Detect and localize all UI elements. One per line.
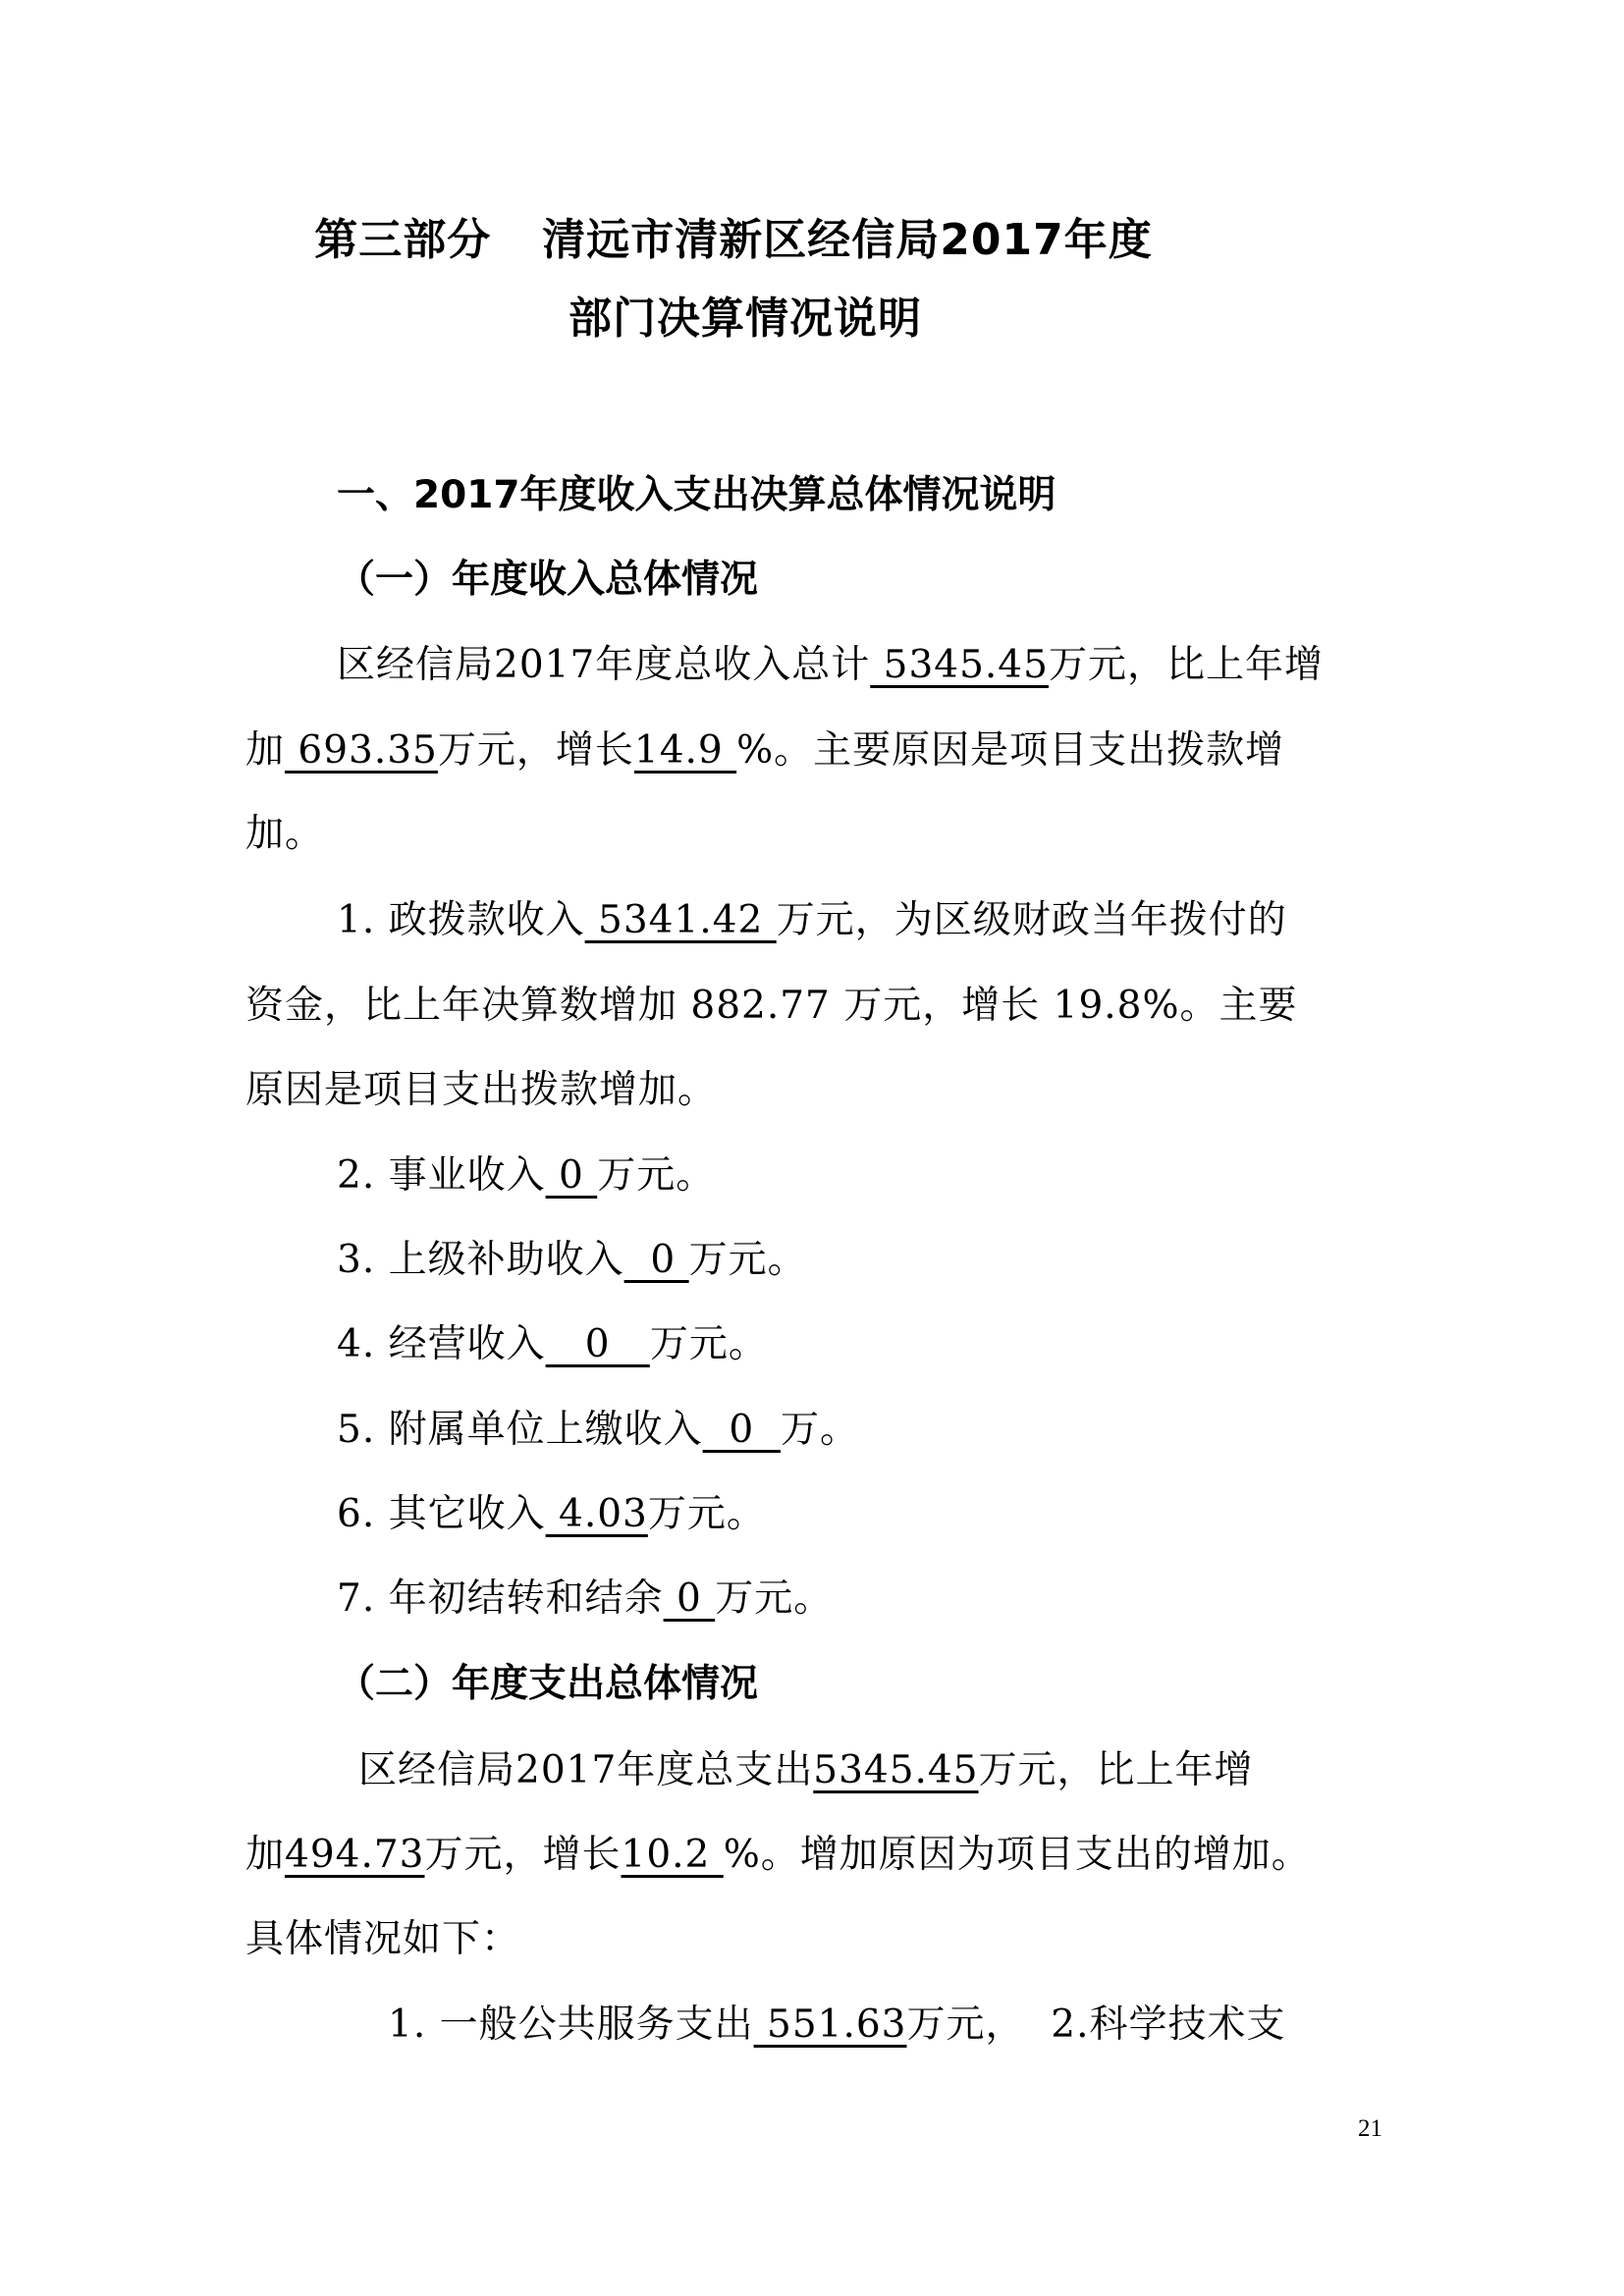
document-title-line-1: 第三部分清远市清新区经信局2017年度: [0, 211, 1545, 270]
income-item-4: 4. 经营收入 0 万元。: [337, 1317, 768, 1372]
income-item-label: 1. 政拨款收入: [337, 898, 585, 942]
income-item-label: 4. 经营收入: [337, 1322, 546, 1366]
income-summary-line2-prefix: 加: [245, 728, 285, 773]
income-item-label: 6. 其它收入: [337, 1492, 546, 1536]
income-item-1-line-1: 1. 政拨款收入 5341.42 万元，为区级财政当年拨付的: [337, 893, 1287, 948]
income-summary-line-3: 加。: [245, 807, 324, 862]
section-heading-1: 一、2017年度收入支出决算总体情况说明: [337, 468, 1056, 523]
expense-increase-value: 494.73: [285, 1833, 424, 1877]
income-item-value: 5341.42: [585, 898, 777, 942]
title-part-label: 第三部分: [314, 215, 491, 265]
expense-summary-suffix: %。增加原因为项目支出的增加。: [724, 1833, 1311, 1877]
income-growth-value: 14.9: [634, 728, 736, 773]
title-org-year: 清远市清新区经信局2017年度: [542, 215, 1152, 265]
expense-item-label: 1. 一般公共服务支出: [388, 2002, 754, 2047]
income-item-suffix: 万元。: [597, 1153, 715, 1198]
expense-items-line: 1. 一般公共服务支出 551.63万元， 2.科学技术支: [388, 1998, 1285, 2053]
expense-summary-mid: 万元，比上年增: [979, 1748, 1254, 1792]
income-item-suffix: 万。: [781, 1408, 859, 1452]
income-item-value: 0: [703, 1408, 781, 1452]
income-item-7: 7. 年初结转和结余 0 万元。: [337, 1572, 833, 1627]
document-title-line-2: 部门决算情况说明: [0, 290, 1557, 348]
income-item-suffix: 万元。: [715, 1576, 833, 1621]
expense-summary-line2-prefix: 加: [245, 1833, 285, 1877]
page-number: 21: [1358, 2115, 1382, 2143]
income-item-1-line-3: 原因是项目支出拨款增加。: [245, 1063, 717, 1118]
income-item-3: 3. 上级补助收入 0 万元。: [337, 1233, 807, 1288]
expense-total-value: 5345.45: [813, 1748, 978, 1792]
income-item-label: 7. 年初结转和结余: [337, 1576, 664, 1621]
income-summary-prefix: 区经信局2017年度总收入总计: [337, 643, 870, 687]
expense-summary-mid2: 万元，增长: [424, 1833, 621, 1877]
income-increase-value: 693.35: [285, 728, 438, 773]
income-item-value: 4.03: [546, 1492, 648, 1536]
income-item-suffix: 万元。: [650, 1322, 768, 1366]
expense-growth-value: 10.2: [622, 1833, 724, 1877]
income-summary-suffix: %。主要原因是项目支出拨款增: [736, 728, 1284, 773]
expense-summary-prefix: 区经信局2017年度总支出: [358, 1748, 813, 1792]
income-summary-line-2: 加 693.35万元，增长14.9 %。主要原因是项目支出拨款增: [245, 723, 1284, 778]
income-summary-line-1: 区经信局2017年度总收入总计 5345.45万元，比上年增: [337, 638, 1324, 693]
income-item-value: 0: [664, 1576, 716, 1621]
income-item-value: 0: [546, 1322, 650, 1366]
expense-summary-line-3: 具体情况如下：: [245, 1912, 520, 1967]
subsection-heading-expense: （二）年度支出总体情况: [337, 1657, 758, 1712]
income-summary-mid: 万元，比上年增: [1049, 643, 1324, 687]
expense-summary-line-1: 区经信局2017年度总支出5345.45万元，比上年增: [358, 1743, 1254, 1798]
income-item-label: 2. 事业收入: [337, 1153, 546, 1198]
income-item-suffix: 万元，为区级财政当年拨付的: [777, 898, 1287, 942]
income-item-value: 0: [624, 1238, 689, 1282]
income-summary-mid2: 万元，增长: [438, 728, 634, 773]
document-page: 第三部分清远市清新区经信局2017年度 部门决算情况说明 一、2017年度收入支…: [0, 0, 1624, 2296]
expense-item-suffix: 万元， 2.科学技术支: [906, 2002, 1285, 2047]
income-item-1-line-2: 资金，比上年决算数增加 882.77 万元，增长 19.8%。主要: [245, 979, 1298, 1034]
income-item-suffix: 万元。: [689, 1238, 807, 1282]
income-total-value: 5345.45: [870, 643, 1049, 687]
expense-item-value: 551.63: [754, 2002, 907, 2047]
income-item-6: 6. 其它收入 4.03万元。: [337, 1487, 766, 1542]
subsection-heading-income: （一）年度收入总体情况: [337, 553, 758, 608]
income-item-2: 2. 事业收入 0 万元。: [337, 1148, 715, 1203]
income-item-label: 3. 上级补助收入: [337, 1238, 624, 1282]
income-item-label: 5. 附属单位上缴收入: [337, 1408, 703, 1452]
expense-summary-line-2: 加494.73万元，增长10.2 %。增加原因为项目支出的增加。: [245, 1828, 1311, 1883]
income-item-value: 0: [546, 1153, 598, 1198]
income-item-suffix: 万元。: [648, 1492, 766, 1536]
income-item-5: 5. 附属单位上缴收入 0 万。: [337, 1403, 859, 1458]
